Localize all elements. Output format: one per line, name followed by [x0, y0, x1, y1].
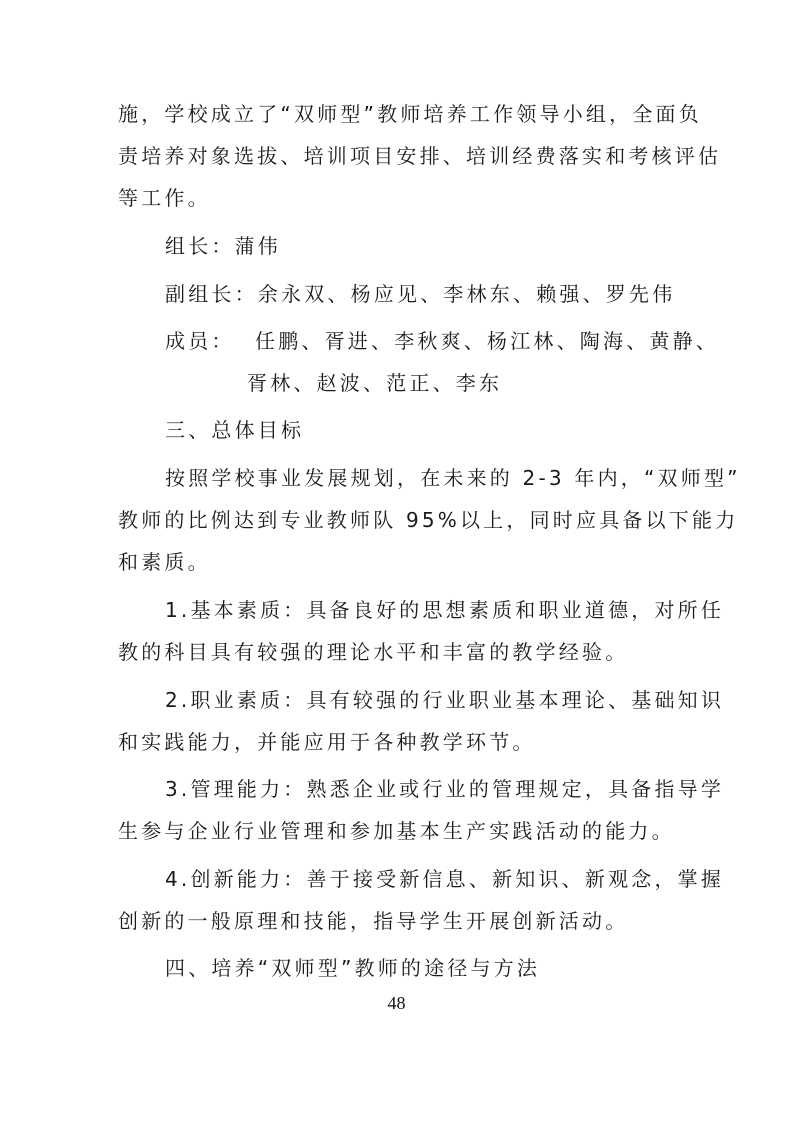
text-line: 副组长：余永双、杨应见、李林东、赖强、罗先伟 [165, 278, 675, 307]
text-line: 生参与企业行业管理和参加基本生产实践活动的能力。 [118, 815, 675, 844]
text-line: 责培养对象选拔、培训项目安排、培训经费落实和考核评估 [118, 140, 721, 169]
text-line: 施，学校成立了“双师型”教师培养工作领导小组，全面负 [118, 98, 702, 127]
text-line: 三、总体目标 [165, 414, 304, 443]
text-line: 任鹏、胥进、李秋爽、杨江林、陶海、黄静、 [255, 325, 719, 354]
text-line: 按照学校事业发展规划，在未来的 2-3 年内，“双师型” [165, 462, 741, 491]
text-line: 4.创新能力：善于接受新信息、新知识、新观念，掌握 [165, 863, 724, 892]
text-line: 等工作。 [118, 182, 211, 211]
text-line: 成员： [165, 325, 235, 354]
text-line: 3.管理能力：熟悉企业或行业的管理规定，具备指导学 [165, 773, 724, 802]
text-line: 教的科目具有较强的理论水平和丰富的教学经验。 [118, 636, 628, 665]
text-line: 胥林、赵波、范正、李东 [247, 367, 502, 396]
text-line: 和素质。 [118, 546, 211, 575]
text-line: 2.职业素质：具有较强的行业职业基本理论、基础知识 [165, 684, 724, 713]
text-line: 教师的比例达到专业教师队 95%以上，同时应具备以下能力 [118, 504, 738, 533]
page-number: 48 [0, 993, 793, 1014]
text-line: 和实践能力，并能应用于各种教学环节。 [118, 726, 536, 755]
text-line: 创新的一般原理和技能，指导学生开展创新活动。 [118, 905, 628, 934]
text-line: 1.基本素质：具备良好的思想素质和职业道德，对所任 [165, 594, 724, 623]
text-line: 组长：蒲伟 [165, 230, 281, 259]
text-line: 四、培养“双师型”教师的途径与方法 [165, 952, 540, 981]
